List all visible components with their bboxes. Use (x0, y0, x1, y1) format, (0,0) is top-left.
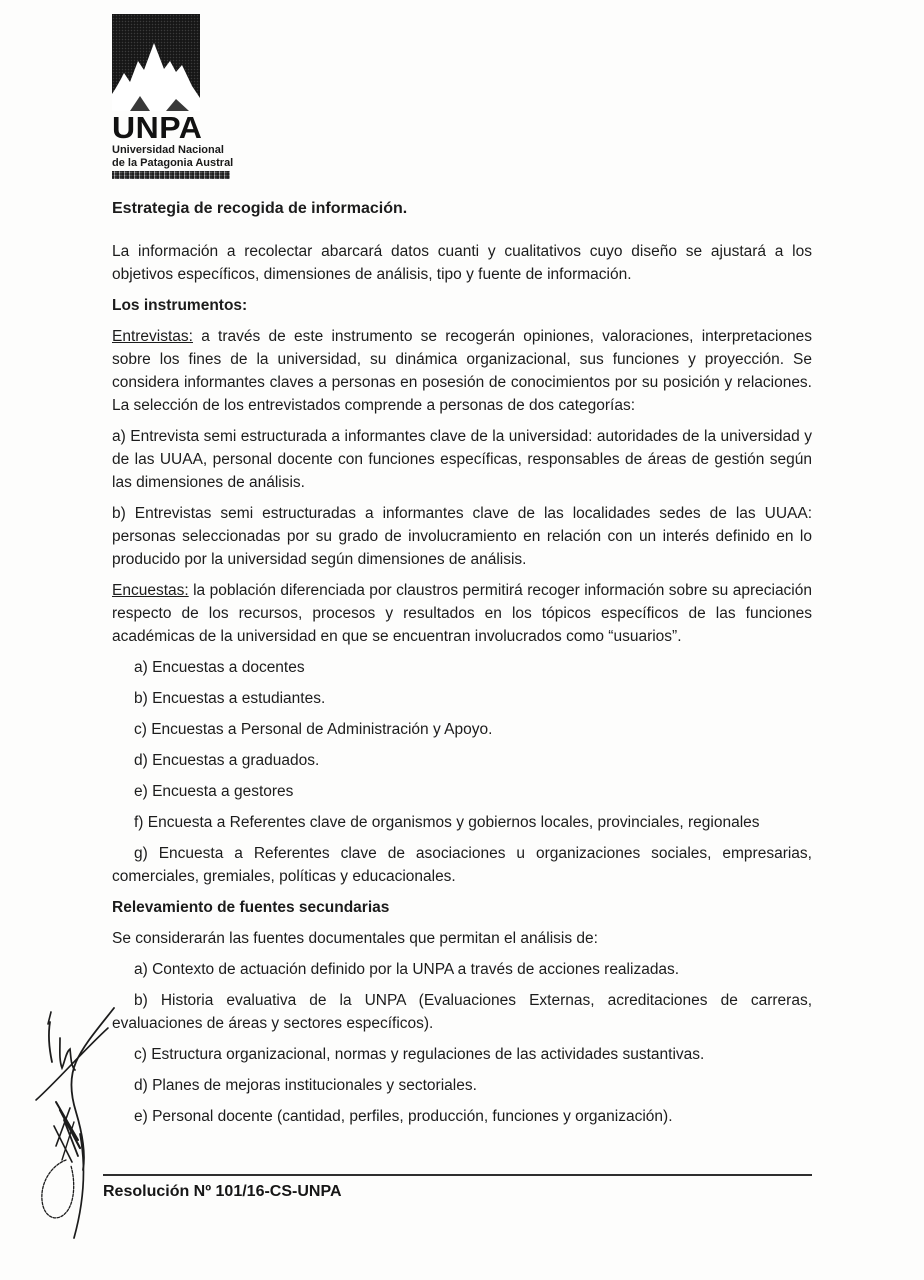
encuestas-list-item: b) Encuestas a estudiantes. (112, 687, 812, 710)
intro-paragraph: La información a recolectar abarcará dat… (112, 240, 812, 286)
secondary-list-item: e) Personal docente (cantidad, perfiles,… (112, 1105, 812, 1128)
logo-underline-bar (112, 171, 230, 179)
entrevistas-item-a: a) Entrevista semi estructurada a inform… (112, 425, 812, 494)
entrevistas-paragraph: Entrevistas: a través de este instrument… (112, 325, 812, 417)
secondary-list-item: a) Contexto de actuación definido por la… (112, 958, 812, 981)
unpa-logo: UNPA Universidad Nacional de la Patagoni… (112, 14, 234, 179)
logo-subtitle-line2: de la Patagonia Austral (112, 157, 234, 170)
entrevistas-lead-underlined: Entrevistas: (112, 328, 193, 345)
encuestas-list-item: d) Encuestas a graduados. (112, 749, 812, 772)
encuestas-lead-underlined: Encuestas: (112, 582, 189, 599)
entrevistas-item-b: b) Entrevistas semi estructuradas a info… (112, 502, 812, 571)
encuestas-list-item: e) Encuesta a gestores (112, 780, 812, 803)
document-footer: Resolución Nº 101/16-CS-UNPA (103, 1174, 812, 1201)
encuestas-body-text: la población diferenciada por claustros … (112, 582, 812, 645)
secondary-sources-heading: Relevamiento de fuentes secundarias (112, 896, 812, 919)
scanned-document-page: UNPA Universidad Nacional de la Patagoni… (0, 0, 924, 1280)
logo-subtitle-line1: Universidad Nacional (112, 144, 234, 157)
document-content: Estrategia de recogida de información. L… (112, 197, 812, 1136)
encuestas-list-item: g) Encuesta a Referentes clave de asocia… (112, 842, 812, 888)
mountain-logo-icon (112, 14, 200, 111)
secondary-list-item: b) Historia evaluativa de la UNPA (Evalu… (112, 989, 812, 1035)
mountain-silhouette (112, 14, 200, 111)
encuestas-paragraph: Encuestas: la población diferenciada por… (112, 579, 812, 648)
handwritten-signature (26, 1004, 121, 1244)
entrevistas-body-text: a través de este instrumento se recogerá… (112, 328, 812, 414)
secondary-list-item: d) Planes de mejoras institucionales y s… (112, 1074, 812, 1097)
secondary-list-item: c) Estructura organizacional, normas y r… (112, 1043, 812, 1066)
encuestas-list-item: a) Encuestas a docentes (112, 656, 812, 679)
secondary-intro: Se considerarán las fuentes documentales… (112, 927, 812, 950)
footer-divider (103, 1174, 812, 1176)
encuestas-list-item: f) Encuesta a Referentes clave de organi… (112, 811, 812, 834)
resolution-number: Resolución Nº 101/16-CS-UNPA (103, 1183, 812, 1201)
logo-acronym: UNPA (112, 112, 234, 143)
section-title: Estrategia de recogida de información. (112, 197, 812, 220)
instruments-heading: Los instrumentos: (112, 294, 812, 317)
encuestas-list-item: c) Encuestas a Personal de Administració… (112, 718, 812, 741)
